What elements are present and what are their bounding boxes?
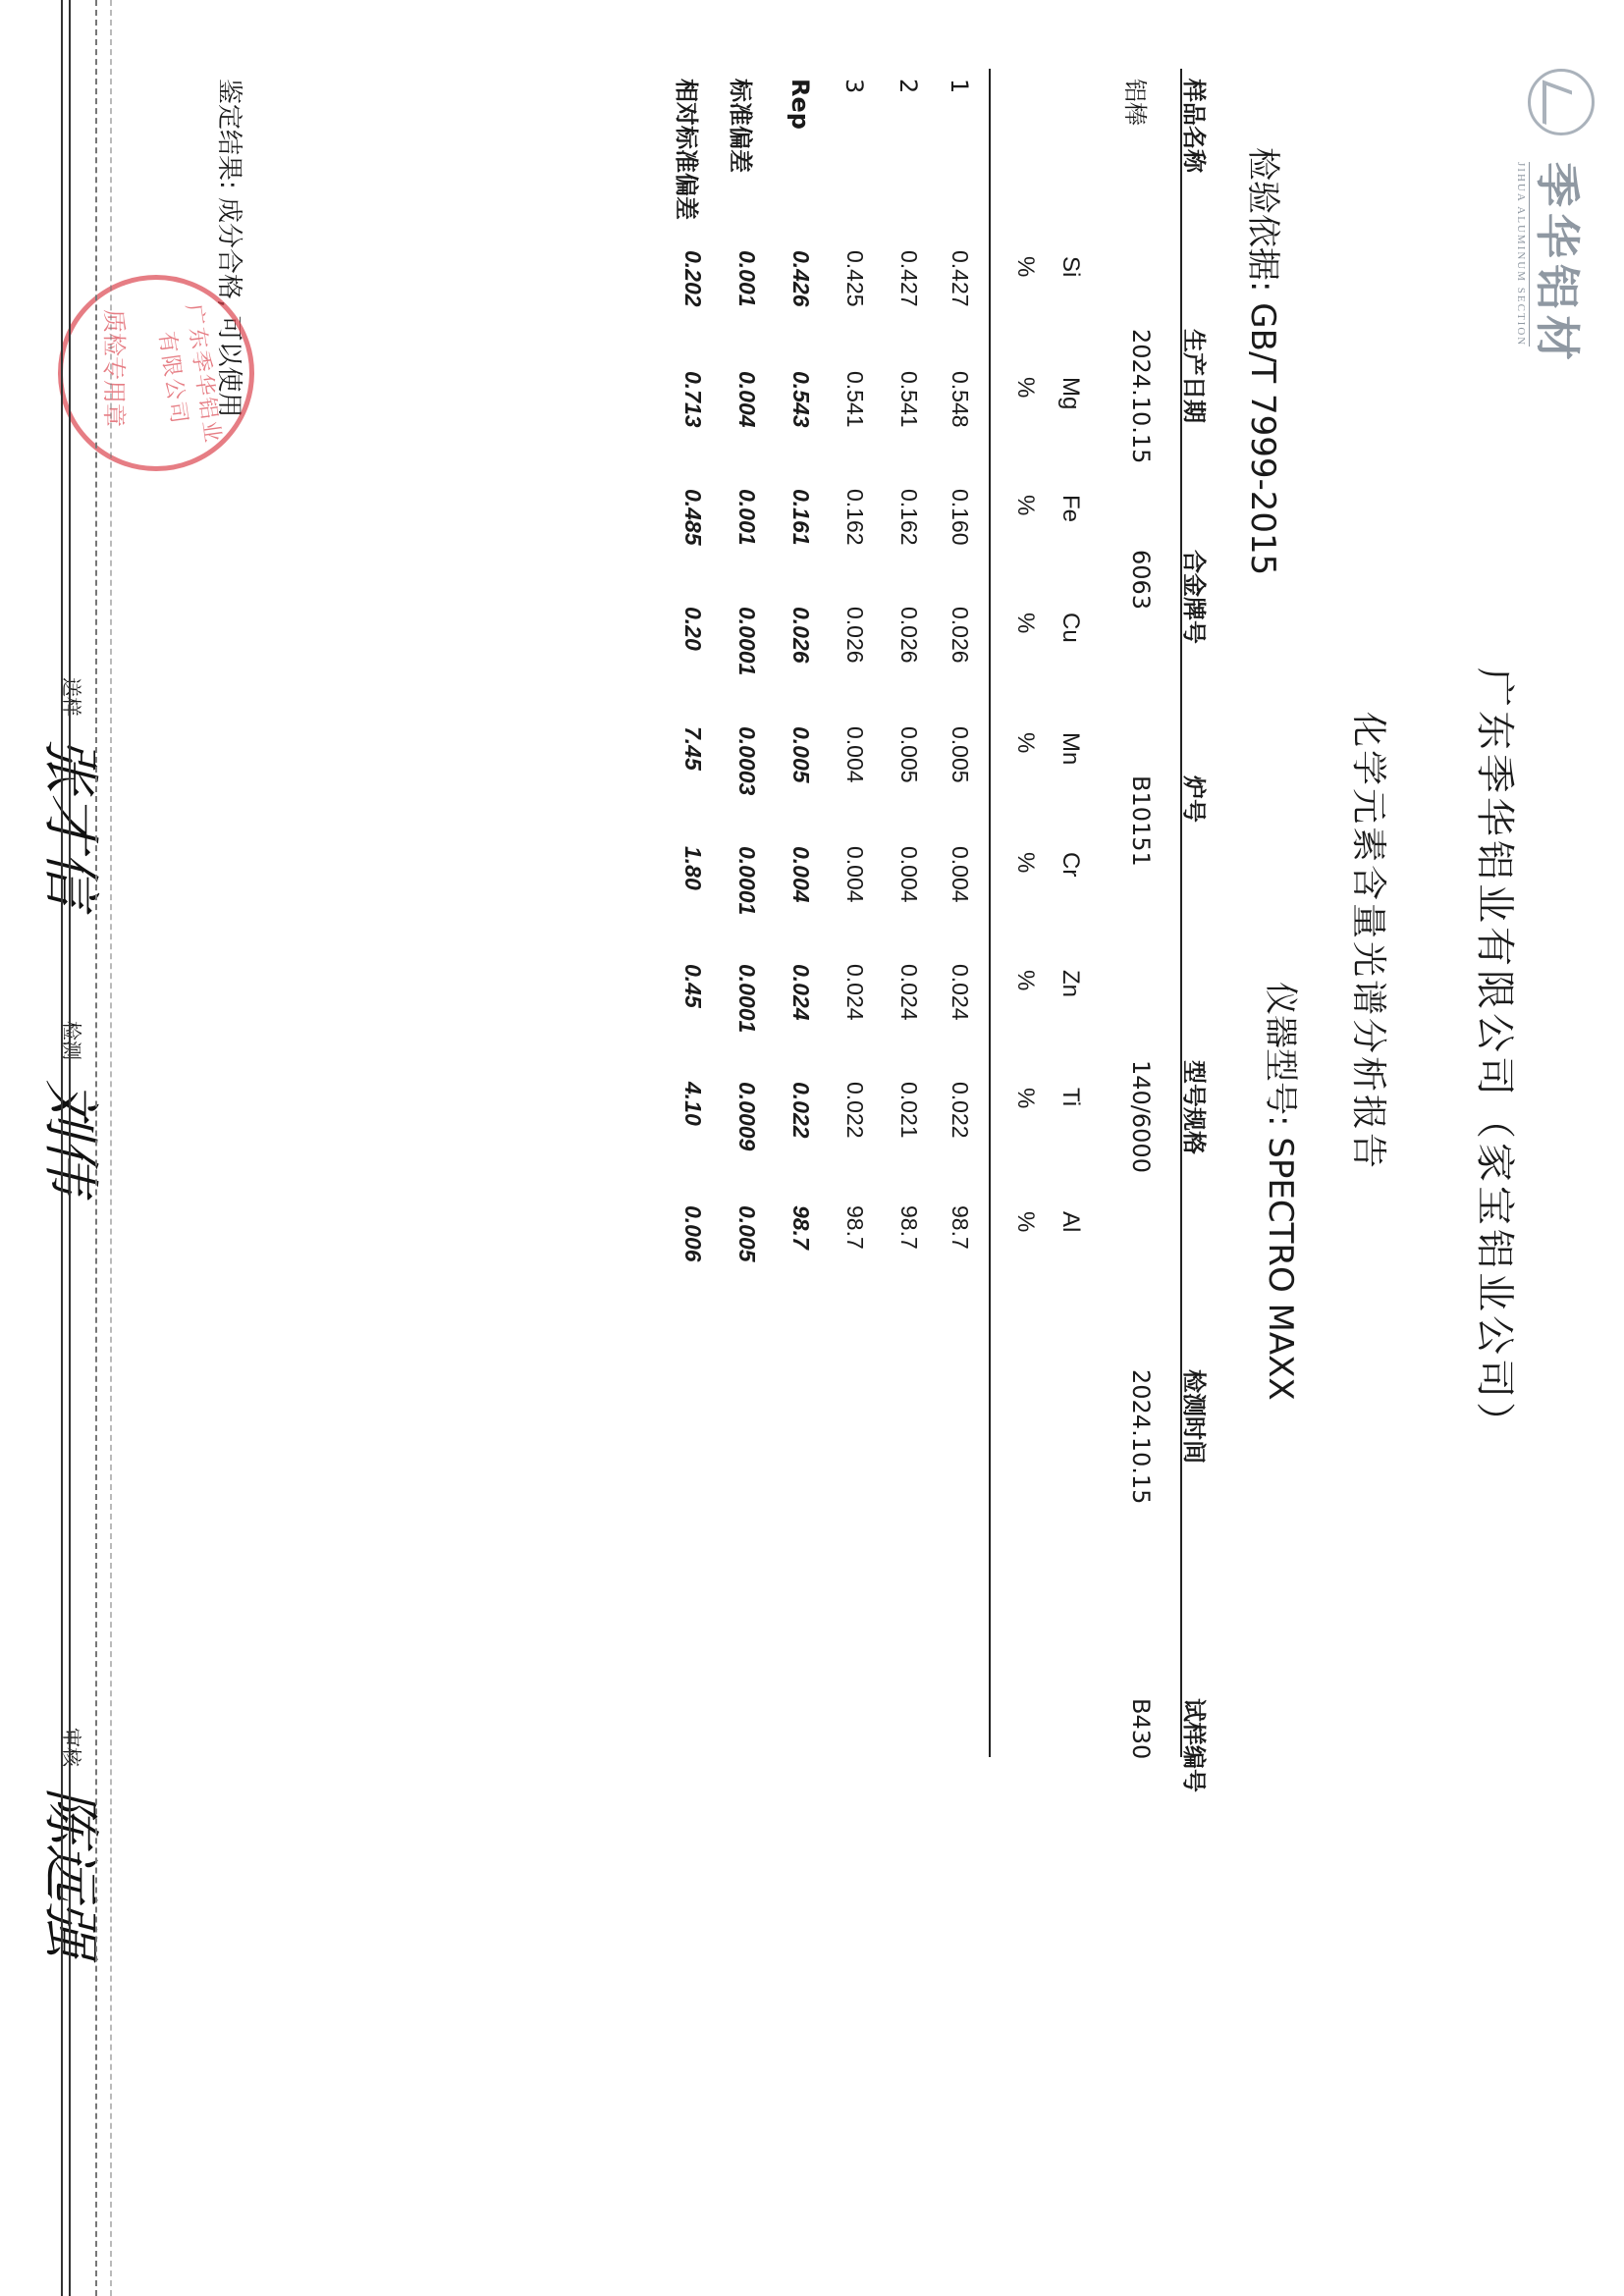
conclusion-label: 鉴定结果: [214, 79, 244, 189]
swirl-logo-icon [1528, 69, 1595, 135]
table-cell: 0.021 [895, 1082, 922, 1139]
info-value: 140/6000 [1127, 1060, 1155, 1173]
row-label: 1 [946, 79, 973, 93]
row-label: 3 [840, 79, 868, 93]
logo-name-en: JIHUA ALUMINUM SECTION [1515, 162, 1530, 347]
unit-header: % [1011, 256, 1039, 277]
table-cell: 0.005 [733, 1205, 760, 1262]
element-header: Si [1056, 256, 1084, 277]
info-label: 型号规格 [1179, 1060, 1214, 1154]
element-header: Cr [1056, 852, 1084, 877]
element-header: Mg [1056, 377, 1084, 409]
inspection-basis: 检验依据: GB/T 7999-2015 [1242, 147, 1290, 575]
row-label: 2 [894, 79, 922, 93]
unit-header: % [1011, 732, 1039, 753]
info-label: 合金牌号 [1179, 550, 1214, 644]
table-cell: 0.026 [895, 607, 922, 664]
unit-header: % [1011, 1088, 1039, 1108]
basis-label: 检验依据: [1243, 147, 1282, 292]
table-cell: 0.004 [841, 846, 868, 903]
table-cell: 98.7 [787, 1205, 814, 1250]
info-label: 炉号 [1179, 775, 1214, 823]
table-cell: 0.004 [841, 726, 868, 783]
table-cell: 0.024 [947, 964, 973, 1021]
row-label: Rep [786, 79, 814, 130]
basis-value: GB/T 7999-2015 [1243, 302, 1282, 575]
info-value: 2024.10.15 [1127, 329, 1155, 463]
table-cell: 0.005 [787, 726, 814, 783]
unit-header: % [1011, 613, 1039, 633]
table-cell: 0.0003 [733, 726, 760, 795]
table-cell: 0.20 [679, 607, 706, 651]
table-cell: 0.160 [947, 489, 973, 546]
table-cell: 0.0001 [733, 964, 760, 1033]
table-cell: 0.022 [787, 1082, 814, 1139]
table-cell: 4.10 [679, 1082, 706, 1126]
element-header: Cu [1056, 613, 1084, 643]
table-cell: 0.022 [947, 1082, 973, 1139]
report-title: 化学元素含量光谱分析报告 [1346, 712, 1396, 1171]
table-cell: 0.713 [679, 371, 706, 428]
table-cell: 0.004 [947, 846, 973, 903]
scan-dotted-line [94, 0, 97, 2296]
unit-header: % [1011, 1211, 1039, 1232]
unit-header: % [1011, 970, 1039, 990]
element-header: Al [1056, 1211, 1084, 1232]
table-cell: 0.0009 [733, 1082, 760, 1150]
sender-label: 送样 [59, 677, 87, 717]
table-cell: 1.80 [679, 846, 706, 890]
info-label: 试样编号 [1179, 1698, 1214, 1792]
unit-header: % [1011, 377, 1039, 398]
table-cell: 0.022 [841, 1082, 868, 1139]
info-label: 检测时间 [1179, 1369, 1214, 1464]
company-name: 广东季华铝业有限公司（家宝铝业公司） [1470, 667, 1526, 1445]
row-label: 标准偏差 [726, 79, 760, 173]
table-cell: 0.005 [947, 726, 973, 783]
info-value: B430 [1127, 1698, 1155, 1759]
scan-edge-line [61, 0, 63, 2296]
table-cell: 0.026 [787, 607, 814, 664]
table-cell: 0.162 [841, 489, 868, 546]
info-label: 生产日期 [1179, 329, 1214, 423]
table-cell: 0.427 [947, 250, 973, 307]
table-cell: 0.005 [895, 726, 922, 783]
table-cell: 0.026 [947, 607, 973, 664]
table-cell: 0.024 [787, 964, 814, 1021]
table-cell: 0.001 [733, 489, 760, 546]
table-cell: 98.7 [841, 1205, 868, 1250]
table-cell: 0.004 [787, 846, 814, 903]
sender-signature: 张才信 [34, 736, 117, 907]
info-value: 2024.10.15 [1127, 1369, 1155, 1504]
table-cell: 0.004 [733, 371, 760, 428]
row-label: 相对标准偏差 [672, 79, 706, 220]
company-seal: 广东季华铝业有限公司 质检专用章 [58, 275, 254, 471]
table-cell: 0.427 [895, 250, 922, 307]
company-logo: 季华铝材 JIHUA ALUMINUM SECTION [1506, 69, 1595, 422]
seal-inner-text: 质检专用章 [99, 309, 134, 427]
inspector-label: 检测 [59, 1021, 87, 1060]
table-cell: 0.485 [679, 489, 706, 546]
logo-name-cn: 季华铝材 [1528, 162, 1593, 366]
instrument-model: 仪器型号: SPECTRO MAXX [1260, 982, 1308, 1401]
reviewer-label: 审核 [59, 1728, 87, 1767]
table-cell: 98.7 [947, 1205, 973, 1250]
instrument-value: SPECTRO MAXX [1261, 1137, 1300, 1400]
table-cell: 0.543 [787, 371, 814, 428]
instrument-label: 仪器型号: [1261, 982, 1300, 1126]
table-cell: 0.001 [733, 250, 760, 307]
table-cell: 7.45 [679, 726, 706, 771]
table-cell: 0.425 [841, 250, 868, 307]
inspector-signature: 刘伟 [34, 1080, 117, 1194]
element-header: Zn [1056, 970, 1084, 997]
table-cell: 0.004 [895, 846, 922, 903]
table-cell: 0.45 [679, 964, 706, 1008]
table-cell: 0.541 [895, 371, 922, 428]
table-cell: 0.024 [895, 964, 922, 1021]
table-cell: 0.024 [841, 964, 868, 1021]
info-value: B10151 [1127, 775, 1155, 867]
table-header-rule [989, 69, 991, 1757]
table-cell: 0.161 [787, 489, 814, 546]
table-cell: 0.548 [947, 371, 973, 428]
table-cell: 0.026 [841, 607, 868, 664]
seal-outer-text: 广东季华铝业有限公司 [148, 294, 231, 457]
element-header: Fe [1056, 495, 1084, 522]
table-cell: 0.0001 [733, 607, 760, 675]
unit-header: % [1011, 495, 1039, 515]
report-page: 季华铝材 JIHUA ALUMINUM SECTION 广东季华铝业有限公司（家… [0, 0, 1624, 2296]
scan-edge-line [69, 0, 71, 2296]
info-top-rule [1180, 69, 1182, 1757]
table-cell: 98.7 [895, 1205, 922, 1250]
reviewer-signature: 陈远强 [34, 1787, 117, 1957]
table-cell: 0.202 [679, 250, 706, 307]
table-cell: 0.426 [787, 250, 814, 307]
table-cell: 0.006 [679, 1205, 706, 1262]
table-cell: 0.0001 [733, 846, 760, 915]
info-value: 铝棒 [1120, 79, 1155, 126]
info-label: 样品名称 [1179, 79, 1214, 173]
table-cell: 0.541 [841, 371, 868, 428]
unit-header: % [1011, 852, 1039, 873]
element-header: Mn [1056, 732, 1084, 765]
element-header: Ti [1056, 1088, 1084, 1106]
table-cell: 0.162 [895, 489, 922, 546]
scan-dotted-line [109, 0, 112, 2296]
info-value: 6063 [1127, 550, 1155, 610]
